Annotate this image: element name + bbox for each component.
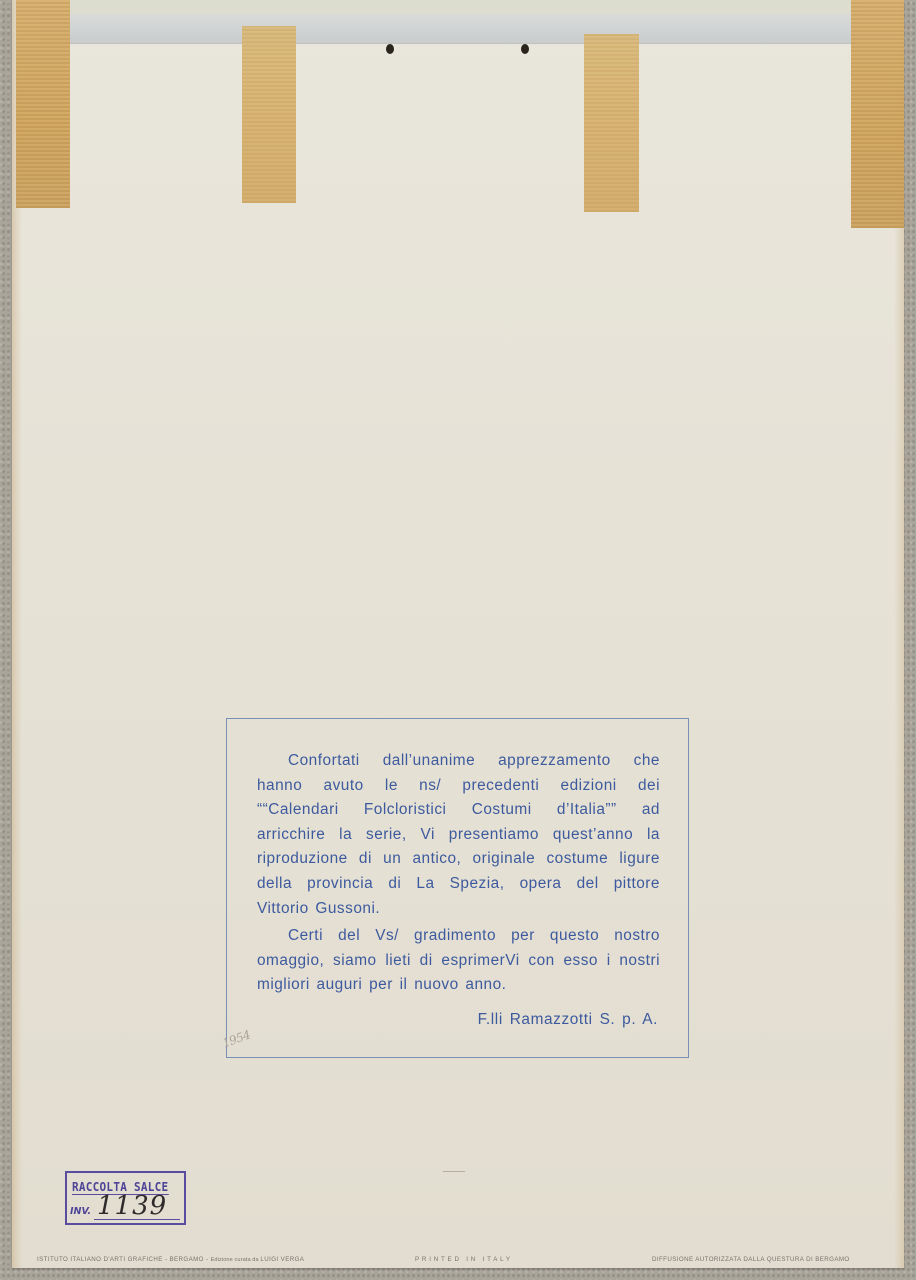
tape-strip-center-left (242, 26, 296, 203)
footer-edition-label: Edizione curata da (211, 1257, 261, 1263)
collection-stamp: RACCOLTA SALCE INV. 1139 (65, 1171, 186, 1225)
hanging-hole-left (386, 44, 394, 54)
footer-printer: ISTITUTO ITALIANO D'ARTI GRAFICHE - BERG… (37, 1256, 304, 1263)
tape-strip-right (851, 0, 904, 228)
calendar-back-sheet (12, 0, 904, 1268)
company-signature: F.lli Ramazzotti S. p. A. (478, 1011, 658, 1029)
footer-editor-name: LUIGI VERGA (260, 1256, 304, 1263)
footer-printer-name: ISTITUTO ITALIANO D'ARTI GRAFICHE - BERG… (37, 1256, 211, 1263)
message-paragraph-1: Confortati dall’unanime apprezzamento ch… (257, 749, 660, 921)
paper-mark (443, 1171, 465, 1172)
hanging-hole-right (521, 44, 529, 54)
message-box: Confortati dall’unanime apprezzamento ch… (226, 718, 689, 1058)
tape-strip-center-right (584, 34, 639, 212)
tape-strip-left (16, 0, 70, 208)
message-paragraph-2: Certi del Vs/ gradimento per questo nost… (257, 924, 660, 998)
stamp-inv-label: INV. (70, 1206, 91, 1217)
footer-authorization: DIFFUSIONE AUTORIZZATA DALLA QUESTURA DI… (652, 1256, 850, 1263)
footer-printed-in: PRINTED IN ITALY (415, 1256, 513, 1263)
top-paper-edge (40, 0, 860, 15)
message-text: Confortati dall’unanime apprezzamento ch… (257, 749, 660, 998)
stamp-inventory-number: 1139 (97, 1191, 167, 1221)
stamp-underline (94, 1219, 180, 1220)
binding-strip (40, 14, 855, 44)
